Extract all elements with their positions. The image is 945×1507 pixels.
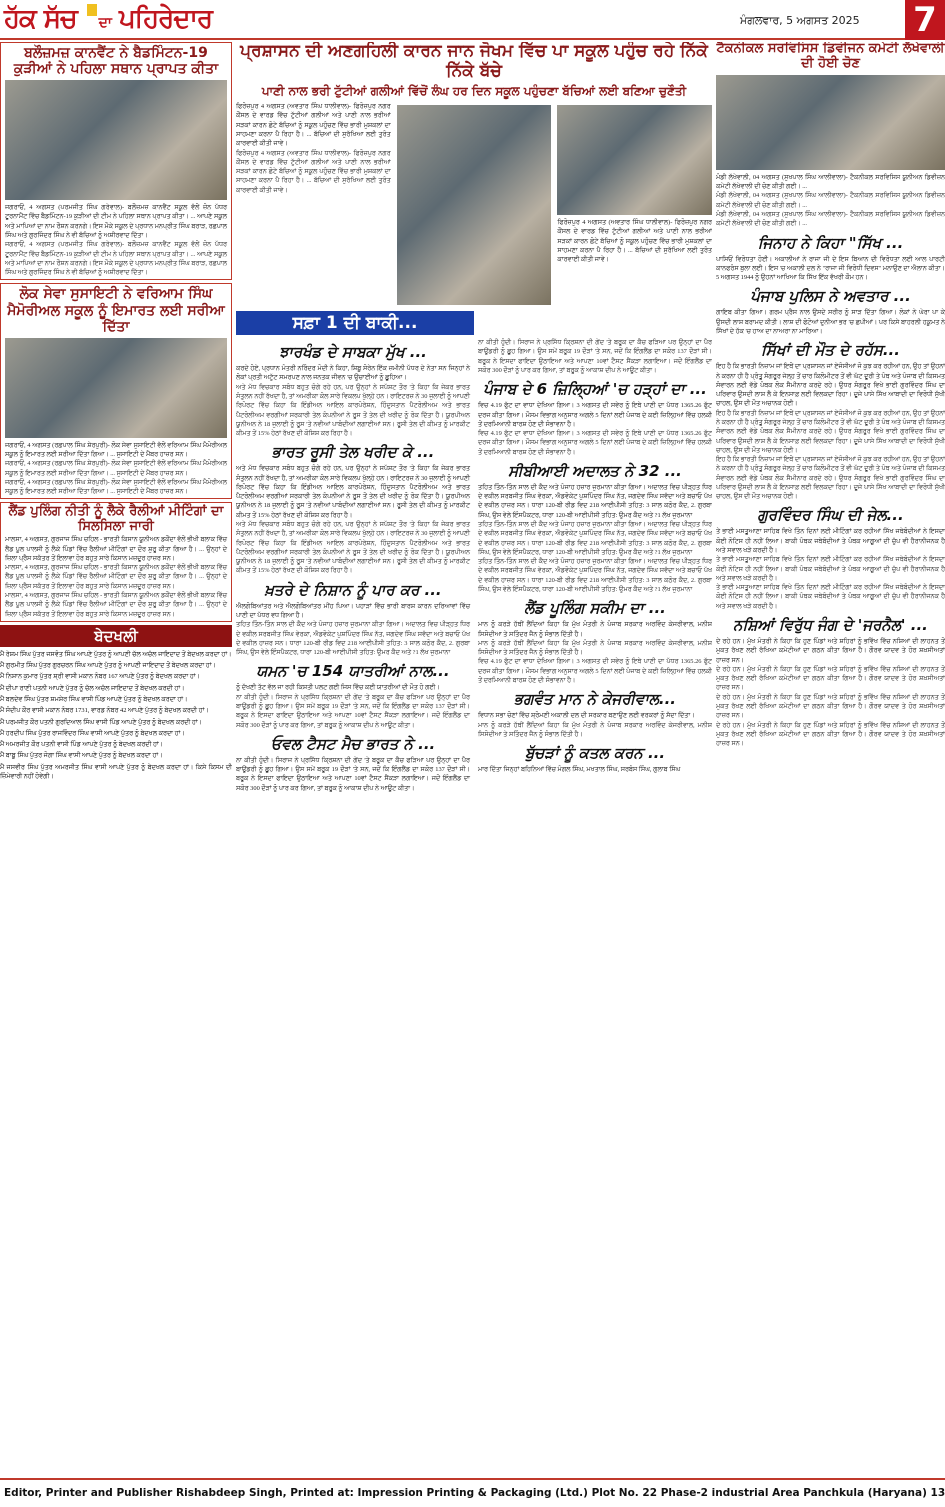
headline: ਲੋਕ ਸੇਵਾ ਸੁਸਾਇਟੀ ਨੇ ਵਰਿਆਮ ਸਿੰਘ ਮੈਮੋਰੀਅਲ …: [5, 286, 227, 334]
continued-story: ਨਸ਼ਿਆਂ ਵਿਰੁੱਧ ਜੰਗ ਦੇ 'ਜਰਨੈਲ' ...ਦੇ ਰਹੇ ਹ…: [716, 616, 945, 748]
notice-item: ਮੈਂ ਰੇਸ਼ਮ ਸਿੰਘ ਪੁੱਤਰ ਜਸਵੰਤ ਸਿੰਘ ਆਪਣੇ ਪੁੱ…: [0, 650, 232, 659]
story-body: ਅਤੇ ਮੱਧ ਵਿਚਕਾਰ ਸਬੰਧ ਬਹੁਤ ਚੰਗੇ ਰਹੇ ਹਨ, ਪਰ…: [236, 464, 470, 520]
story-body-filler: ਮਾਨ ਨੂੰ ਕਰੜੇ ਹੱਥੀਂ ਲੈਂਦਿਆਂ ਕਿਹਾ ਕਿ ਮੁੱਖ …: [478, 639, 712, 658]
notice-item: ਮੈਂ ਅਮਰਜੀਤ ਕੌਰ ਪਤਨੀ ਵਾਸੀ ਪਿੰਡ ਆਪਣੇ ਪੁੱਤਰ…: [0, 740, 232, 749]
kicker: ਜਿਨਾਹ ਨੇ ਕਿਹਾ "ਸਿੱਖ ...: [716, 234, 945, 252]
story-body: ਮੰਡੀ ਲੱਖੇਵਾਲੀ, 04 ਅਗਸਤ (ਸੁਖਪਾਲ ਸਿੰਘ ਆਲੀਵ…: [716, 173, 945, 192]
notice-item: ਮੈਂ ਜਸਵੀਰ ਸਿੰਘ ਪੁੱਤਰ ਅਮਰਜੀਤ ਸਿੰਘ ਵਾਸੀ ਆਪ…: [0, 763, 232, 782]
story-body-filler: ਮੰਡੀ ਲੱਖੇਵਾਲੀ, 04 ਅਗਸਤ (ਸੁਖਪਾਲ ਸਿੰਘ ਆਲੀਵ…: [716, 191, 945, 210]
story-body: ਮਾਲਸਾ, 4 ਅਗਸਤ, ਗੁਰਜਾਜ ਸਿੰਘ ਚਹਿਲ - ਭਾਰਤੀ …: [5, 535, 227, 563]
right-column: ਟੈਕਨੀਕਲ ਸਰਵਿਸਿਸ ਡਿਵੀਜਨ ਕਮੇਟੀ ਲੱਖੇਵਾਲੀ ਦੀ…: [716, 42, 945, 1470]
headline: ਲੈਂਡ ਪੁਲਿੰਗ ਨੀਤੀ ਨੂੰ ਲੈਕੇ ਰੈਲੀਆਂ ਮੀਟਿੰਗਾ…: [5, 505, 227, 535]
story-body-filler: ਤਹਿਤ ਤਿੰਨ-ਤਿੰਨ ਸਾਲ ਦੀ ਕੈਦ ਅਤੇ ਪੰਜਾਹ ਹਜ਼ਾ…: [478, 557, 712, 594]
story-body-filler: ਇਹ ਹੈ ਕਿ ਭਾਰਤੀ ਨਿਜ਼ਾਮ ਜਾਂ ਇਥੋਂ ਦਾ ਪ੍ਰਸ਼ਾ…: [716, 455, 945, 501]
story-body-filler: ਵਿਚ 4.19 ਫੁੱਟ ਦਾ ਵਾਧਾ ਦੇਖਿਆ ਗਿਆ। 3 ਅਗਸਤ …: [478, 429, 712, 457]
lead-body-cont: ਫਿਰੋਜ਼ਪੁਰ 4 ਅਗਸਤ (ਅਵਤਾਰ ਸਿੰਘ ਧਾਲੀਵਾਲ)- ਫ…: [557, 218, 712, 264]
story-body: ਗਾਇਬ ਕੀਤਾ ਗਿਆ। ਗਰਮ ਪ੍ਰੈਸ ਨਾਲ ਉਸਦੇ ਸਰੀਰ ਨ…: [716, 308, 945, 336]
story-body: ਕਰਦੇ ਹੋਏ, ਪ੍ਰਧਾਨ ਮੰਤਰੀ ਨਰਿੰਦਰ ਮੋਦੀ ਨੇ ਕਿ…: [236, 364, 470, 383]
kicker: ਨਸ਼ਿਆਂ ਵਿਰੁੱਧ ਜੰਗ ਦੇ 'ਜਰਨੈਲ' ...: [716, 616, 945, 634]
continued-story: ਪੰਜਾਬ ਪੁਲਿਸ ਨੇ ਅਵਤਾਰ ...ਗਾਇਬ ਕੀਤਾ ਗਿਆ। ਗ…: [716, 287, 945, 336]
story-body: ਤੇ ਭਾਈ ਮਸਤੂਆਣਾ ਸਾਹਿਬ ਵਿਖੇ ਤਿੰਨ ਦਿਨਾਂ ਲਈ …: [716, 527, 945, 555]
story-body-filler: ਦੇ ਰਹੇ ਹਨ। ਮੁੱਖ ਮੰਤਰੀ ਨੇ ਕਿਹਾ ਕਿ ਹੁਣ ਪਿੰ…: [716, 721, 945, 749]
headline: ਬਲੌਜ਼ਮਜ਼ ਕਾਨਵੈਂਟ ਨੇ ਬੈਡਮਿੰਟਨ-19 ਕੁੜੀਆਂ ਨ…: [5, 45, 227, 77]
story-body: ਪਾਸਿਓਂ ਵਿਰੋਧਤਾ ਹੋਈ। ਅਕਾਲੀਆਂ ਨੇ ਰਾਜਾ ਜੀ ਦ…: [716, 255, 945, 283]
story-badminton: ਬਲੌਜ਼ਮਜ਼ ਕਾਨਵੈਂਟ ਨੇ ਬੈਡਮਿੰਟਨ-19 ਕੁੜੀਆਂ ਨ…: [0, 42, 232, 280]
kicker: ਸਿੱਖਾਂ ਦੀ ਮੌਤ ਦੇ ਰਹੱਸ...: [716, 341, 945, 359]
story-body-filler: ਦੇ ਰਹੇ ਹਨ। ਮੁੱਖ ਮੰਤਰੀ ਨੇ ਕਿਹਾ ਕਿ ਹੁਣ ਪਿੰ…: [716, 665, 945, 693]
story-body-filler: ਤਹਿਤ ਤਿੰਨ-ਤਿੰਨ ਸਾਲ ਦੀ ਕੈਦ ਅਤੇ ਪੰਜਾਹ ਹਜ਼ਾ…: [236, 620, 470, 657]
middle-column: ਪ੍ਰਸ਼ਾਸਨ ਦੀ ਅਣਗਹਿਲੀ ਕਾਰਨ ਜਾਨ ਜੋਖਮ ਵਿੱਚ ਪ…: [236, 42, 712, 1470]
continued-story: ਭਗਵੰਤ ਮਾਨ ਨੇ ਕੇਜਰੀਵਾਲ...ਵਿਧਾਨ ਸਭਾ ਚੋਣਾਂ …: [478, 690, 712, 739]
story-body-filler: ਇਹ ਹੈ ਕਿ ਭਾਰਤੀ ਨਿਜ਼ਾਮ ਜਾਂ ਇਥੋਂ ਦਾ ਪ੍ਰਸ਼ਾ…: [716, 409, 945, 455]
notice-item: ਮੈਂ ਬਾਬੂ ਸਿੰਘ ਪੁੱਤਰ ਜੋਗਾ ਸਿੰਘ ਵਾਸੀ ਆਪਣੇ …: [0, 751, 232, 760]
lead-body: ਫਿਰੋਜ਼ਪੁਰ 4 ਅਗਸਤ (ਅਵਤਾਰ ਸਿੰਘ ਧਾਲੀਵਾਲ)- ਫ…: [236, 102, 391, 148]
kicker: ਲੈਂਡ ਪੂਲਿੰਗ ਸਕੀਮ ਦਾ ...: [478, 599, 712, 617]
continued-story: ਲੈਂਡ ਪੂਲਿੰਗ ਸਕੀਮ ਦਾ ...ਮਾਨ ਨੂੰ ਕਰੜੇ ਹੱਥੀ…: [478, 599, 712, 685]
notice-item: ਮੈਂ ਬਲਦੇਵ ਸਿੰਘ ਪੁੱਤਰ ਸ਼ਮਸ਼ੇਰ ਸਿੰਘ ਵਾਸੀ ਪ…: [0, 695, 232, 704]
story-body-filler: ਮਾਲਸਾ, 4 ਅਗਸਤ, ਗੁਰਜਾਜ ਸਿੰਘ ਚਹਿਲ - ਭਾਰਤੀ …: [5, 591, 227, 619]
page-number: 7: [905, 0, 945, 40]
kicker: ਭਗਵੰਤ ਮਾਨ ਨੇ ਕੇਜਰੀਵਾਲ...: [478, 690, 712, 708]
story-body: ਐਲਗੋਬਿਆਂਤਰ ਅਤੇ ਐਲਗੋਬਿਆਂਤਰ ਮੀਂਹ ਪਿਆ। ਪਹਾੜ…: [236, 602, 470, 621]
story-body-filler: ਨਾ ਕੀਤੀ ਹੁੰਦੀ। ਸਿਰਾਜ ਨੇ ਪ੍ਰਸਿੱਧ ਕ੍ਰਿਸ਼ਨਾ…: [236, 693, 470, 730]
story-body: ਤਹਿਤ ਤਿੰਨ-ਤਿੰਨ ਸਾਲ ਦੀ ਕੈਦ ਅਤੇ ਪੰਜਾਹ ਹਜ਼ਾ…: [478, 483, 712, 520]
story-body-filler: ਅਤੇ ਮੱਧ ਵਿਚਕਾਰ ਸਬੰਧ ਬਹੁਤ ਚੰਗੇ ਰਹੇ ਹਨ, ਪਰ…: [236, 520, 470, 576]
continued-story: ਬੁੱਚੜਾਂ ਨੂੰ ਕਤਲ ਕਰਨ ...ਮਾਰ ਦਿੱਤਾ ਜਿਨ੍ਹਾਂ…: [478, 744, 712, 774]
headline: ਟੈਕਨੀਕਲ ਸਰਵਿਸਿਸ ਡਿਵੀਜਨ ਕਮੇਟੀ ਲੱਖੇਵਾਲੀ ਦੀ…: [716, 42, 945, 72]
notice-item: ਮੈਂ ਸੰਦੀਪ ਕੌਰ ਵਾਸੀ ਮਕਾਨ ਨੰਬਰ 1731, ਵਾਰਡ …: [0, 706, 232, 715]
continued-story: ਗੁਰਵਿੰਦਰ ਸਿੰਘ ਦੀ ਜੇਲ...ਤੇ ਭਾਈ ਮਸਤੂਆਣਾ ਸਾ…: [716, 506, 945, 611]
story-body: ਮਾਨ ਨੂੰ ਕਰੜੇ ਹੱਥੀਂ ਲੈਂਦਿਆਂ ਕਿਹਾ ਕਿ ਮੁੱਖ …: [478, 620, 712, 639]
kicker: ਭਾਰਤ ਰੂਸੀ ਤੇਲ ਖਰੀਦ ਕੇ ...: [236, 443, 470, 461]
story-body-filler: ਵਿਚ 4.19 ਫੁੱਟ ਦਾ ਵਾਧਾ ਦੇਖਿਆ ਗਿਆ। 3 ਅਗਸਤ …: [478, 657, 712, 685]
photo-lok-sewa: [5, 338, 227, 438]
notice-item: ਮੈਂ ਦੀਪਾ ਰਾਣੀ ਪਤਨੀ ਆਪਣੇ ਪੁੱਤਰ ਨੂੰ ਚੱਲ ਅਚ…: [0, 684, 232, 693]
continued-stories: ਝਾਰਖੰਡ ਦੇ ਸਾਬਕਾ ਮੁੱਖ ...ਕਰਦੇ ਹੋਏ, ਪ੍ਰਧਾਨ…: [236, 338, 712, 793]
continued-banner: ਸਫ਼ਾ 1 ਦੀ ਬਾਕੀ...: [236, 311, 474, 335]
lead-story: ਪ੍ਰਸ਼ਾਸਨ ਦੀ ਅਣਗਹਿਲੀ ਕਾਰਨ ਜਾਨ ਜੋਖਮ ਵਿੱਚ ਪ…: [236, 42, 712, 308]
story-body: ਵਿਧਾਨ ਸਭਾ ਚੋਣਾਂ ਵਿੱਚ ਸ਼੍ਰੋਮਣੀ ਅਕਾਲੀ ਦਲ ਦ…: [478, 711, 712, 720]
photo-children-street: [557, 105, 712, 215]
story-body: ਜਗਰਾਓਂ, 4 ਅਗਸਤ (ਪਰਮਜੀਤ ਸਿੰਘ ਗਰੇਵਾਲ)- ਬਲੌ…: [5, 203, 227, 240]
logo-text-1: ਹੱਕ ਸੱਚ: [4, 4, 77, 34]
kicker: ਪੰਜਾਬ ਪੁਲਿਸ ਨੇ ਅਵਤਾਰ ...: [716, 287, 945, 305]
story-body-filler: ਤਹਿਤ ਤਿੰਨ-ਤਿੰਨ ਸਾਲ ਦੀ ਕੈਦ ਅਤੇ ਪੰਜਾਹ ਹਜ਼ਾ…: [478, 520, 712, 557]
story-body: ਜਗਰਾਓਂ, 4 ਅਗਸਤ (ਰਛਪਾਲ ਸਿੰਘ ਸ਼ੇਰਪੁਰੀ)- ਲੋ…: [5, 441, 227, 460]
continued-story: ਝਾਰਖੰਡ ਦੇ ਸਾਬਕਾ ਮੁੱਖ ...ਕਰਦੇ ਹੋਏ, ਪ੍ਰਧਾਨ…: [236, 343, 470, 438]
story-body: ਦੇ ਰਹੇ ਹਨ। ਮੁੱਖ ਮੰਤਰੀ ਨੇ ਕਿਹਾ ਕਿ ਹੁਣ ਪਿੰ…: [716, 637, 945, 665]
continued-story: ਯਮਨ 'ਚ 154 ਯਾਤਰੀਆਂ ਨਾਲ...ਨੂੰ ਦੱਖਣੀ ਤੱਟ ਵ…: [236, 662, 470, 729]
story-body: ਮਾਰ ਦਿੱਤਾ ਜਿਨ੍ਹਾਂ ਬਹਿਨਿਆਂ ਵਿੱਚ ਮੰਗਲ ਸਿੰਘ…: [478, 765, 712, 774]
photo-committee: [716, 75, 945, 170]
lead-body-filler: ਫਿਰੋਜ਼ਪੁਰ 4 ਅਗਸਤ (ਅਵਤਾਰ ਸਿੰਘ ਧਾਲੀਵਾਲ)- ਫ…: [236, 149, 391, 195]
story-body-filler: ਤੇ ਭਾਈ ਮਸਤੂਆਣਾ ਸਾਹਿਬ ਵਿਖੇ ਤਿੰਨ ਦਿਨਾਂ ਲਈ …: [716, 583, 945, 611]
notice-item: ਮੈਂ ਪਰਮਜੀਤ ਕੌਰ ਪਤਨੀ ਗੁਰਦਿਆਲ ਸਿੰਘ ਵਾਸੀ ਪਿ…: [0, 718, 232, 727]
continued-story: ਸੀਬੀਆਈ ਅਦਾਲਤ ਨੇ 32 ...ਤਹਿਤ ਤਿੰਨ-ਤਿੰਨ ਸਾਲ…: [478, 462, 712, 594]
story-body-filler: ਤੇ ਭਾਈ ਮਸਤੂਆਣਾ ਸਾਹਿਬ ਵਿਖੇ ਤਿੰਨ ਦਿਨਾਂ ਲਈ …: [716, 555, 945, 583]
kicker: ਯਮਨ 'ਚ 154 ਯਾਤਰੀਆਂ ਨਾਲ...: [236, 662, 470, 680]
kicker: ਝਾਰਖੰਡ ਦੇ ਸਾਬਕਾ ਮੁੱਖ ...: [236, 343, 470, 361]
story-body: ਨੂੰ ਦੱਖਣੀ ਤੱਟ ਵੱਲ ਜਾ ਰਹੀ ਕਿਸ਼ਤੀ ਪਲਟ ਗਈ ਜ…: [236, 683, 470, 692]
kicker: ਸੀਬੀਆਈ ਅਦਾਲਤ ਨੇ 32 ...: [478, 462, 712, 480]
kicker: ਪੰਜਾਬ ਦੇ 6 ਜ਼ਿਲ੍ਹਿਆਂ 'ਚ ਹੜ੍ਹਾਂ ਦਾ ...: [478, 380, 712, 398]
story-body-filler: ਮਾਨ ਨੂੰ ਕਰੜੇ ਹੱਥੀਂ ਲੈਂਦਿਆਂ ਕਿਹਾ ਕਿ ਮੁੱਖ …: [478, 721, 712, 740]
story-body-filler: ਜਗਰਾਓਂ, 4 ਅਗਸਤ (ਰਛਪਾਲ ਸਿੰਘ ਸ਼ੇਰਪੁਰੀ)- ਲੋ…: [5, 459, 227, 478]
logo-text-3: ਪਹਿਰੇਦਾਰ: [119, 4, 212, 34]
continued-story: ਖ਼ਤਰੇ ਦੇ ਨਿਸ਼ਾਨ ਨੂੰ ਪਾਰ ਕਰ ...ਐਲਗੋਬਿਆਂਤਰ…: [236, 581, 470, 658]
notice-item: ਮੈਂ ਹਰਦੀਪ ਸਿੰਘ ਪੁੱਤਰ ਰਾਜਵਿੰਦਰ ਸਿੰਘ ਵਾਸੀ …: [0, 729, 232, 738]
story-body-filler: ਨਾ ਕੀਤੀ ਹੁੰਦੀ। ਸਿਰਾਜ ਨੇ ਪ੍ਰਸਿੱਧ ਕ੍ਰਿਸ਼ਨਾ…: [478, 338, 712, 375]
notices-section: ਬੇਦਖਲੀ ਮੈਂ ਰੇਸ਼ਮ ਸਿੰਘ ਪੁੱਤਰ ਜਸਵੰਤ ਸਿੰਘ ਆ…: [0, 625, 232, 781]
logo-text-2: ਦਾ: [99, 15, 111, 31]
photo-badminton-team: [5, 80, 227, 200]
story-body-filler: ਦੇ ਰਹੇ ਹਨ। ਮੁੱਖ ਮੰਤਰੀ ਨੇ ਕਿਹਾ ਕਿ ਹੁਣ ਪਿੰ…: [716, 693, 945, 721]
kicker: ਓਵਲ ਟੈਸਟ ਮੈਚ ਭਾਰਤ ਨੇ ...: [236, 735, 470, 753]
story-body-filler: ਜਗਰਾਓਂ, 4 ਅਗਸਤ (ਪਰਮਜੀਤ ਸਿੰਘ ਗਰੇਵਾਲ)- ਬਲੌ…: [5, 240, 227, 277]
newspaper-logo: ਹੱਕ ਸੱਚ ਦਾ ਪਹਿਰੇਦਾਰ: [4, 4, 212, 35]
continued-story: ਸਿੱਖਾਂ ਦੀ ਮੌਤ ਦੇ ਰਹੱਸ...ਇਹ ਹੈ ਕਿ ਭਾਰਤੀ ਨ…: [716, 341, 945, 501]
imprint-footer: Editor, Printer and Publisher Rishabdeep…: [0, 1478, 945, 1507]
kicker: ਬੁੱਚੜਾਂ ਨੂੰ ਕਤਲ ਕਰਨ ...: [478, 744, 712, 762]
kicker: ਗੁਰਵਿੰਦਰ ਸਿੰਘ ਦੀ ਜੇਲ...: [716, 506, 945, 524]
story-body-filler: ਮੰਡੀ ਲੱਖੇਵਾਲੀ, 04 ਅਗਸਤ (ਸੁਖਪਾਲ ਸਿੰਘ ਆਲੀਵ…: [716, 210, 945, 229]
photo-waterlogged-street: [397, 105, 552, 305]
story-body: ਨਾ ਕੀਤੀ ਹੁੰਦੀ। ਸਿਰਾਜ ਨੇ ਪ੍ਰਸਿੱਧ ਕ੍ਰਿਸ਼ਨਾ…: [236, 756, 470, 793]
story-land-pooling: ਲੈਂਡ ਪੁਲਿੰਗ ਨੀਤੀ ਨੂੰ ਲੈਕੇ ਰੈਲੀਆਂ ਮੀਟਿੰਗਾ…: [0, 502, 232, 621]
story-body: ਵਿਚ 4.19 ਫੁੱਟ ਦਾ ਵਾਧਾ ਦੇਖਿਆ ਗਿਆ। 3 ਅਗਸਤ …: [478, 401, 712, 429]
story-body-filler: ਮਾਲਸਾ, 4 ਅਗਸਤ, ਗੁਰਜਾਜ ਸਿੰਘ ਚਹਿਲ - ਭਾਰਤੀ …: [5, 563, 227, 591]
notices-banner: ਬੇਦਖਲੀ: [0, 625, 232, 647]
continued-story: ਭਾਰਤ ਰੂਸੀ ਤੇਲ ਖਰੀਦ ਕੇ ...ਅਤੇ ਮੱਧ ਵਿਚਕਾਰ …: [236, 443, 470, 575]
flag-icon: [87, 4, 97, 16]
continued-story: ਪੰਜਾਬ ਦੇ 6 ਜ਼ਿਲ੍ਹਿਆਂ 'ਚ ਹੜ੍ਹਾਂ ਦਾ ...ਵਿਚ…: [478, 380, 712, 457]
lead-headline: ਪ੍ਰਸ਼ਾਸਨ ਦੀ ਅਣਗਹਿਲੀ ਕਾਰਨ ਜਾਨ ਜੋਖਮ ਵਿੱਚ ਪ…: [236, 42, 712, 81]
notice-item: ਮੈਂ ਨਿਸ਼ਾਨ ਕੁਮਾਰ ਪੁੱਤਰ ਸ਼੍ਰੀ ਵਾਸੀ ਮਕਾਨ ਨ…: [0, 672, 232, 681]
continued-story: ਜਿਨਾਹ ਨੇ ਕਿਹਾ "ਸਿੱਖ ...ਪਾਸਿਓਂ ਵਿਰੋਧਤਾ ਹੋ…: [716, 234, 945, 283]
left-column: ਬਲੌਜ਼ਮਜ਼ ਕਾਨਵੈਂਟ ਨੇ ਬੈਡਮਿੰਟਨ-19 ਕੁੜੀਆਂ ਨ…: [0, 42, 232, 1470]
story-technical-services: ਟੈਕਨੀਕਲ ਸਰਵਿਸਿਸ ਡਿਵੀਜਨ ਕਮੇਟੀ ਲੱਖੇਵਾਲੀ ਦੀ…: [716, 42, 945, 229]
masthead: ਹੱਕ ਸੱਚ ਦਾ ਪਹਿਰੇਦਾਰ ਮੰਗਲਵਾਰ, 5 ਅਗਸਤ 2025…: [0, 0, 945, 40]
story-body-filler: ਜਗਰਾਓਂ, 4 ਅਗਸਤ (ਰਛਪਾਲ ਸਿੰਘ ਸ਼ੇਰਪੁਰੀ)- ਲੋ…: [5, 478, 227, 497]
dateline: ਮੰਗਲਵਾਰ, 5 ਅਗਸਤ 2025: [740, 14, 860, 28]
story-lok-sewa: ਲੋਕ ਸੇਵਾ ਸੁਸਾਇਟੀ ਨੇ ਵਰਿਆਮ ਸਿੰਘ ਮੈਮੋਰੀਅਲ …: [0, 283, 232, 499]
kicker: ਖ਼ਤਰੇ ਦੇ ਨਿਸ਼ਾਨ ਨੂੰ ਪਾਰ ਕਰ ...: [236, 581, 470, 599]
notice-item: ਮੈਂ ਗੁਰਮੀਤ ਸਿੰਘ ਪੁੱਤਰ ਗੁਰਚਰਨ ਸਿੰਘ ਆਪਣੇ ਪ…: [0, 661, 232, 670]
lead-subheadline: ਪਾਣੀ ਨਾਲ ਭਰੀ ਟੁੱਟੀਆਂ ਗਲੀਆਂ ਵਿੱਚੋਂ ਲੰਘ ਹਰ…: [236, 84, 712, 99]
story-body-filler: ਅਤੇ ਮੱਧ ਵਿਚਕਾਰ ਸਬੰਧ ਬਹੁਤ ਚੰਗੇ ਰਹੇ ਹਨ, ਪਰ…: [236, 383, 470, 439]
story-body: ਇਹ ਹੈ ਕਿ ਭਾਰਤੀ ਨਿਜ਼ਾਮ ਜਾਂ ਇਥੋਂ ਦਾ ਪ੍ਰਸ਼ਾ…: [716, 362, 945, 408]
